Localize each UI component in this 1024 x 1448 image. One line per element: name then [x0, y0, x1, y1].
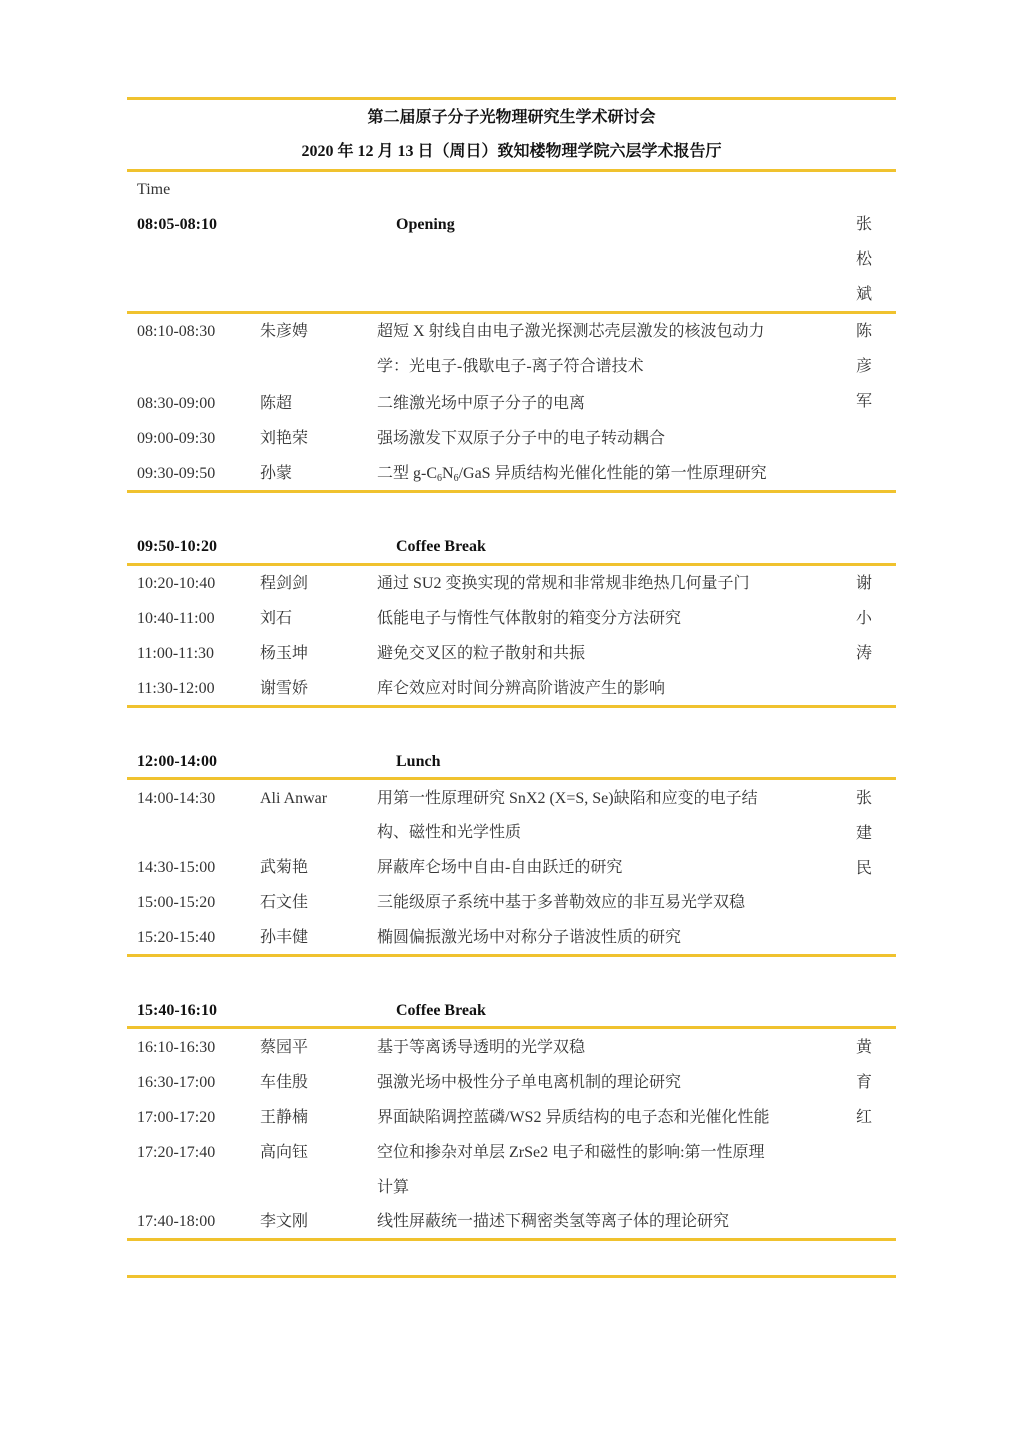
table-row: 17:00-17:20 王静楠 界面缺陷调控蓝磷/WS2 异质结构的电子态和光催… — [127, 1100, 896, 1135]
table-row: 11:00-11:30 杨玉坤 避免交叉区的粒子散射和共振 — [127, 636, 896, 671]
talk-title: 超短 X 射线自由电子激光探测芯壳层激发的核波包动力 — [377, 314, 765, 349]
title-part: 二型 g-C — [377, 465, 437, 482]
session-chair: 张 建 民 — [856, 781, 876, 886]
talk-time: 15:00-15:20 — [137, 885, 215, 920]
break-label: Coffee Break — [396, 529, 486, 564]
break-label: Lunch — [396, 744, 440, 779]
talk-title-line2: 计算 — [377, 1170, 409, 1205]
talk-speaker: 朱彦娉 — [260, 314, 308, 349]
section-rule — [127, 1026, 896, 1029]
talk-time: 08:10-08:30 — [137, 314, 215, 349]
break-time: 12:00-14:00 — [137, 744, 217, 779]
table-row: 14:30-15:00 武菊艳 屏蔽库仑场中自由-自由跃迁的研究 — [127, 850, 896, 885]
table-row: 08:10-08:30 朱彦娉 超短 X 射线自由电子激光探测芯壳层激发的核波包… — [127, 314, 896, 349]
chair-char: 军 — [856, 384, 876, 419]
break-time: 08:05-08:10 — [137, 207, 217, 242]
talk-title: 库仑效应对时间分辨高阶谐波产生的影响 — [377, 671, 665, 706]
break-label: Opening — [396, 207, 455, 242]
table-row: 09:30-09:50 孙蒙 二型 g-C6N6/GaS 异质结构光催化性能的第… — [127, 456, 896, 491]
chair-char: 涛 — [856, 636, 876, 671]
break-row-coffee: 09:50-10:20 Coffee Break — [127, 529, 896, 564]
talk-time: 11:00-11:30 — [137, 636, 214, 671]
table-row: 15:20-15:40 孙丰健 椭圆偏振激光场中对称分子谐波性质的研究 — [127, 920, 896, 955]
table-row: 10:40-11:00 刘石 低能电子与惰性气体散射的箱变分方法研究 — [127, 601, 896, 636]
table-row: 08:30-09:00 陈超 二维激光场中原子分子的电离 — [127, 386, 896, 421]
document-title: 第二届原子分子光物理研究生学术研讨会 — [127, 106, 896, 130]
section-rule — [127, 1238, 896, 1241]
title-part: N — [442, 465, 454, 482]
title-part: /GaS 异质结构光催化性能的第一性原理研究 — [459, 465, 767, 482]
chair-char: 斌 — [856, 277, 876, 312]
table-row-continued: 构、磁性和光学性质 — [127, 815, 896, 850]
table-row-continued: 计算 — [127, 1170, 896, 1205]
talk-time: 11:30-12:00 — [137, 671, 215, 706]
talk-speaker: Ali Anwar — [260, 781, 327, 816]
talk-time: 15:20-15:40 — [137, 920, 215, 955]
talk-title: 线性屏蔽统一描述下稠密类氢等离子体的理论研究 — [377, 1204, 729, 1239]
time-column-label: Time — [137, 176, 170, 204]
talk-title: 二维激光场中原子分子的电离 — [377, 386, 585, 421]
table-row: 16:10-16:30 蔡园平 基于等离诱导透明的光学双稳 — [127, 1030, 896, 1065]
section-rule — [127, 954, 896, 957]
talk-speaker: 刘石 — [260, 601, 292, 636]
talk-title: 三能级原子系统中基于多普勒效应的非互易光学双稳 — [377, 885, 745, 920]
talk-title: 通过 SU2 变换实现的常规和非常规非绝热几何量子门 — [377, 566, 749, 601]
talk-time: 08:30-09:00 — [137, 386, 215, 421]
talk-time: 17:00-17:20 — [137, 1100, 215, 1135]
talk-speaker: 高向钰 — [260, 1135, 308, 1170]
talk-time: 14:30-15:00 — [137, 850, 215, 885]
talk-title: 用第一性原理研究 SnX2 (X=S, Se)缺陷和应变的电子结 — [377, 781, 758, 816]
chair-char: 松 — [856, 242, 876, 277]
break-row-lunch: 12:00-14:00 Lunch — [127, 744, 896, 779]
talk-time: 16:10-16:30 — [137, 1030, 215, 1065]
session-chair: 张 松 斌 — [856, 207, 876, 312]
talk-time: 09:00-09:30 — [137, 421, 215, 456]
talk-title: 强场激发下双原子分子中的电子转动耦合 — [377, 421, 665, 456]
talk-title-line2: 构、磁性和光学性质 — [377, 815, 521, 850]
document-subtitle: 2020 年 12 月 13 日（周日）致知楼物理学院六层学术报告厅 — [127, 140, 896, 164]
break-row-coffee: 15:40-16:10 Coffee Break — [127, 993, 896, 1028]
break-time: 15:40-16:10 — [137, 993, 217, 1028]
talk-title: 低能电子与惰性气体散射的箱变分方法研究 — [377, 601, 681, 636]
section-rule — [127, 490, 896, 493]
talk-title: 椭圆偏振激光场中对称分子谐波性质的研究 — [377, 920, 681, 955]
bottom-rule — [127, 1275, 896, 1278]
talk-speaker: 孙蒙 — [260, 456, 292, 491]
table-row-continued: 学：光电子-俄歇电子-离子符合谱技术 — [127, 349, 896, 384]
talk-speaker: 陈超 — [260, 386, 292, 421]
table-row: 09:00-09:30 刘艳荣 强场激发下双原子分子中的电子转动耦合 — [127, 421, 896, 456]
talk-title: 基于等离诱导透明的光学双稳 — [377, 1030, 585, 1065]
table-row: 11:30-12:00 谢雪娇 库仑效应对时间分辨高阶谐波产生的影响 — [127, 671, 896, 706]
chair-char: 育 — [856, 1065, 876, 1100]
talk-time: 17:20-17:40 — [137, 1135, 215, 1170]
top-rule — [127, 97, 896, 100]
chair-char: 建 — [856, 816, 876, 851]
chair-char: 民 — [856, 851, 876, 886]
talk-time: 10:40-11:00 — [137, 601, 215, 636]
talk-title: 屏蔽库仑场中自由-自由跃迁的研究 — [377, 850, 622, 885]
talk-speaker: 李文刚 — [260, 1204, 308, 1239]
talk-speaker: 王静楠 — [260, 1100, 308, 1135]
session-chair: 谢 小 涛 — [856, 566, 876, 671]
chair-char: 红 — [856, 1100, 876, 1135]
session-chair: 陈 彦 军 — [856, 314, 876, 419]
table-row: 17:40-18:00 李文刚 线性屏蔽统一描述下稠密类氢等离子体的理论研究 — [127, 1204, 896, 1239]
talk-speaker: 孙丰健 — [260, 920, 308, 955]
table-row: 15:00-15:20 石文佳 三能级原子系统中基于多普勒效应的非互易光学双稳 — [127, 885, 896, 920]
talk-speaker: 程剑剑 — [260, 566, 308, 601]
table-row: 17:20-17:40 高向钰 空位和掺杂对单层 ZrSe2 电子和磁性的影响:… — [127, 1135, 896, 1170]
talk-speaker: 武菊艳 — [260, 850, 308, 885]
talk-speaker: 谢雪娇 — [260, 671, 308, 706]
section-rule — [127, 777, 896, 780]
chair-char: 黄 — [856, 1030, 876, 1065]
session-chair: 黄 育 红 — [856, 1030, 876, 1135]
talk-title: 避免交叉区的粒子散射和共振 — [377, 636, 585, 671]
talk-title: 强激光场中极性分子单电离机制的理论研究 — [377, 1065, 681, 1100]
talk-time: 09:30-09:50 — [137, 456, 215, 491]
break-label: Coffee Break — [396, 993, 486, 1028]
talk-speaker: 刘艳荣 — [260, 421, 308, 456]
talk-speaker: 蔡园平 — [260, 1030, 308, 1065]
table-row: 16:30-17:00 车佳殷 强激光场中极性分子单电离机制的理论研究 — [127, 1065, 896, 1100]
table-row: 10:20-10:40 程剑剑 通过 SU2 变换实现的常规和非常规非绝热几何量… — [127, 566, 896, 601]
break-row-opening: 08:05-08:10 Opening — [127, 207, 896, 242]
chair-char: 陈 — [856, 314, 876, 349]
talk-speaker: 杨玉坤 — [260, 636, 308, 671]
talk-speaker: 石文佳 — [260, 885, 308, 920]
chair-char: 谢 — [856, 566, 876, 601]
chair-char: 小 — [856, 601, 876, 636]
talk-time: 16:30-17:00 — [137, 1065, 215, 1100]
talk-title: 界面缺陷调控蓝磷/WS2 异质结构的电子态和光催化性能 — [377, 1100, 769, 1135]
talk-time: 10:20-10:40 — [137, 566, 215, 601]
talk-title: 空位和掺杂对单层 ZrSe2 电子和磁性的影响:第一性原理 — [377, 1135, 765, 1170]
talk-title-line2: 学：光电子-俄歇电子-离子符合谱技术 — [377, 349, 644, 384]
chair-char: 张 — [856, 781, 876, 816]
chair-char: 彦 — [856, 349, 876, 384]
break-time: 09:50-10:20 — [137, 529, 217, 564]
table-row: 14:00-14:30 Ali Anwar 用第一性原理研究 SnX2 (X=S… — [127, 781, 896, 816]
chair-char: 张 — [856, 207, 876, 242]
header-rule — [127, 169, 896, 172]
talk-time: 17:40-18:00 — [137, 1204, 215, 1239]
talk-time: 14:00-14:30 — [137, 781, 215, 816]
talk-speaker: 车佳殷 — [260, 1065, 308, 1100]
section-rule — [127, 705, 896, 708]
